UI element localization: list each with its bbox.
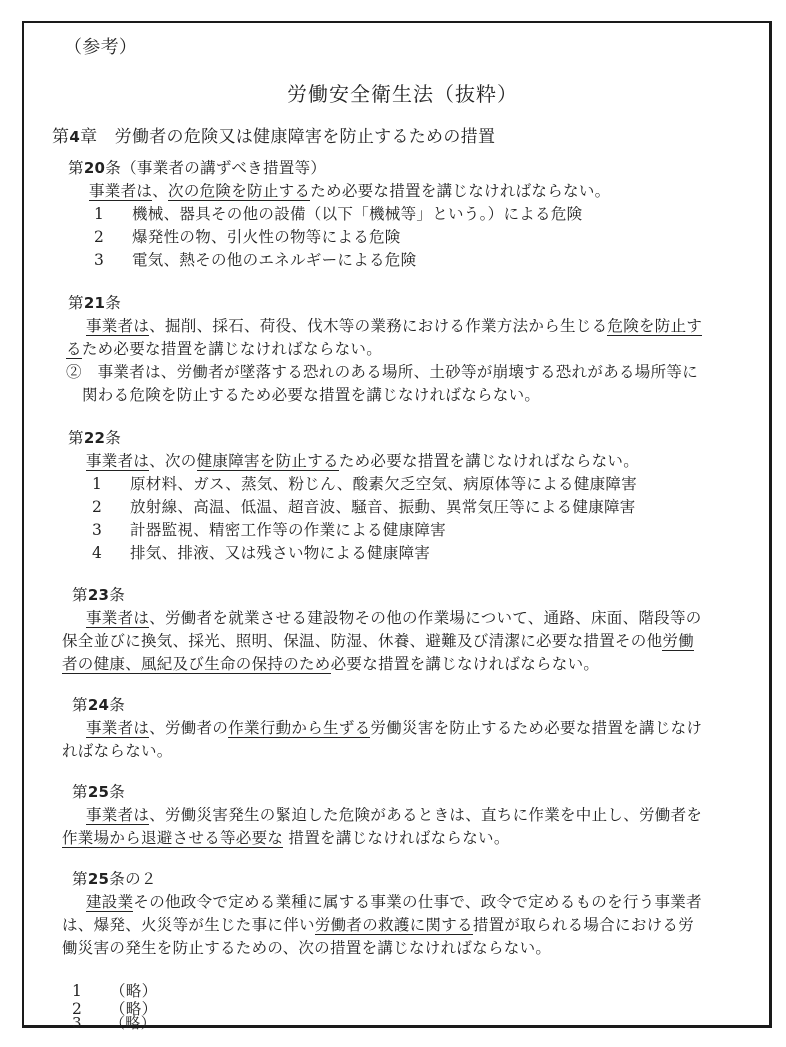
article-body: 事業者は、次の健康障害を防止するため必要な措置を講じなければならない。 <box>86 450 639 472</box>
article-heading: 第20条（事業者の講ずべき措置等） <box>68 157 326 179</box>
article-heading: 第25条 <box>72 781 125 803</box>
article-body-line: るため必要な措置を講じなければならない。 <box>66 338 382 360</box>
article-heading: 第21条 <box>68 292 121 314</box>
article-body-line: ればならない。 <box>62 740 173 762</box>
article-body-line: 事業者は、労働災害発生の緊迫した危険があるときは、直ちに作業を中止し、労働者を <box>86 804 702 826</box>
article-heading: 第24条 <box>72 694 125 716</box>
list-item: 2爆発性の物、引火性の物等による危険 <box>94 226 401 248</box>
document-title: 労働安全衛生法（抜粋） <box>287 83 518 105</box>
paragraph-2-line: ② 事業者は、労働者が墜落する恐れのある場所、土砂等が崩壊する恐れがある場所等に <box>66 361 698 383</box>
article-body-line: 事業者は、掘削、採石、荷役、伐木等の業務における作業方法から生じる危険を防止す <box>86 315 702 337</box>
article-body-line: 働災害の発生を防止するための、次の措置を講じなければならない。 <box>62 937 551 959</box>
article-body-line: 事業者は、労働者を就業させる建設物その他の作業場について、通路、床面、階段等の <box>86 607 702 629</box>
article-body-line: 建設業その他政令で定める業種に属する事業の仕事で、政令で定めるものを行う事業者 <box>86 891 702 913</box>
list-item: 3（略） <box>72 1016 156 1030</box>
chapter-heading: 第4章 労働者の危険又は健康障害を防止するための措置 <box>52 126 495 148</box>
list-item: 3電気、熱その他のエネルギーによる危険 <box>94 249 416 271</box>
article-body-line: 保全並びに換気、採光、照明、保温、防湿、休養、避難及び清潔に必要な措置その他労働 <box>62 630 694 652</box>
article-body-line: 者の健康、風紀及び生命の保持のため必要な措置を講じなければならない。 <box>62 653 599 675</box>
article-heading: 第22条 <box>68 427 121 449</box>
article-body-line: 事業者は、労働者の作業行動から生ずる労働災害を防止するため必要な措置を講じなけ <box>86 717 702 739</box>
list-item: 1機械、器具その他の設備（以下「機械等」という。）による危険 <box>94 203 582 225</box>
article-body: 事業者は、次の危険を防止するため必要な措置を講じなければならない。 <box>89 180 610 202</box>
paragraph-2-line: 関わる危険を防止するため必要な措置を講じなければならない。 <box>82 384 540 406</box>
article-heading: 第23条 <box>72 584 125 606</box>
list-item: 4排気、排液、又は残さい物による健康障害 <box>92 542 430 564</box>
article-body-line: は、爆発、火災等が生じた事に伴い労働者の救護に関する措置が取られる場合における労 <box>62 914 694 936</box>
reference-label: （参考） <box>64 37 137 59</box>
list-item: 2放射線、高温、低温、超音波、騒音、振動、異常気圧等による健康障害 <box>92 496 636 518</box>
list-item: 3計器監視、精密工作等の作業による健康障害 <box>92 519 446 541</box>
article-body-line: 作業場から退避させる等必要な 措置を講じなければならない。 <box>62 827 510 849</box>
list-item: 1原材料、ガス、蒸気、粉じん、酸素欠乏空気、病原体等による健康障害 <box>92 473 637 495</box>
article-heading: 第25条の２ <box>72 868 157 890</box>
